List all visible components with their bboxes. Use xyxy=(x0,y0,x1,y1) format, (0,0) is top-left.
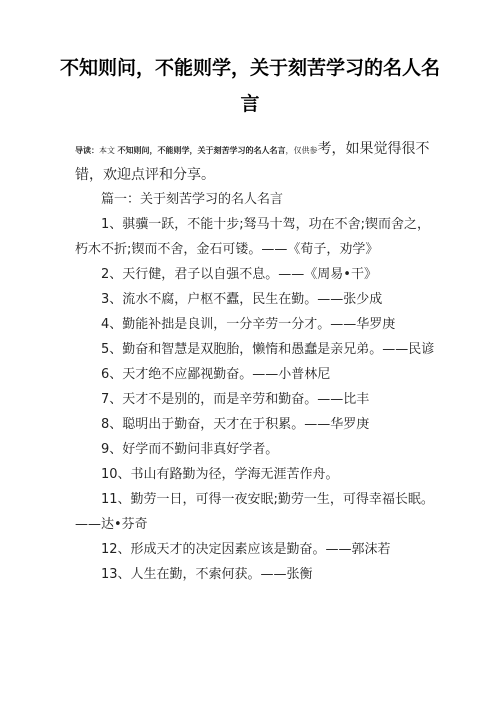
quote-item: 9、好学而不勤问非真好学者。 xyxy=(75,437,435,462)
quote-item: 3、流水不腐，户枢不蠹，民生在勤。——张少成 xyxy=(75,287,435,312)
quote-item: 12、形成天才的决定因素应该是勤奋。——郭沫若 xyxy=(75,537,435,562)
quote-item: 7、天才不是别的，而是辛劳和勤奋。——比丰 xyxy=(75,387,435,412)
quote-item: 8、聪明出于勤奋，天才在于积累。——华罗庚 xyxy=(75,412,435,437)
quote-item: 10、书山有路勤为径，学海无涯苦作舟。 xyxy=(75,462,435,487)
quote-item: 4、勤能补拙是良训，一分辛劳一分才。——华罗庚 xyxy=(75,312,435,337)
quote-item: 1、骐骥一跃，不能十步;驽马十驾，功在不舍;锲而舍之，朽木不折;锲而不舍，金石可… xyxy=(75,212,435,262)
document-page: 不知则问，不能则学，关于刻苦学习的名人名言 导读：本文 不知则问，不能则学，关于… xyxy=(0,0,500,707)
intro-label: 导读：本文 不知则问，不能则学，关于刻苦学习的名人名言，仅供参 xyxy=(75,146,318,155)
quote-item: 13、人生在勤，不索何获。——张衡 xyxy=(75,562,435,587)
intro-paragraph: 导读：本文 不知则问，不能则学，关于刻苦学习的名人名言，仅供参考，如果觉得很不错… xyxy=(75,137,435,188)
quote-item: 11、勤劳一日，可得一夜安眠;勤劳一生，可得幸福长眠。——达•芬奇 xyxy=(75,487,435,537)
intro-bold-title: 不知则问，不能则学，关于刻苦学习的名人名言 xyxy=(118,146,286,155)
section-heading: 篇一：关于刻苦学习的名人名言 xyxy=(75,187,435,212)
quote-item: 6、天才绝不应鄙视勤奋。——小普林尼 xyxy=(75,362,435,387)
page-title: 不知则问，不能则学，关于刻苦学习的名人名言 xyxy=(60,50,440,122)
quote-item: 2、天行健，君子以自强不息。——《周易•干》 xyxy=(75,262,435,287)
quote-item: 5、勤奋和智慧是双胞胎，懒惰和愚蠢是亲兄弟。——民谚 xyxy=(75,337,435,362)
